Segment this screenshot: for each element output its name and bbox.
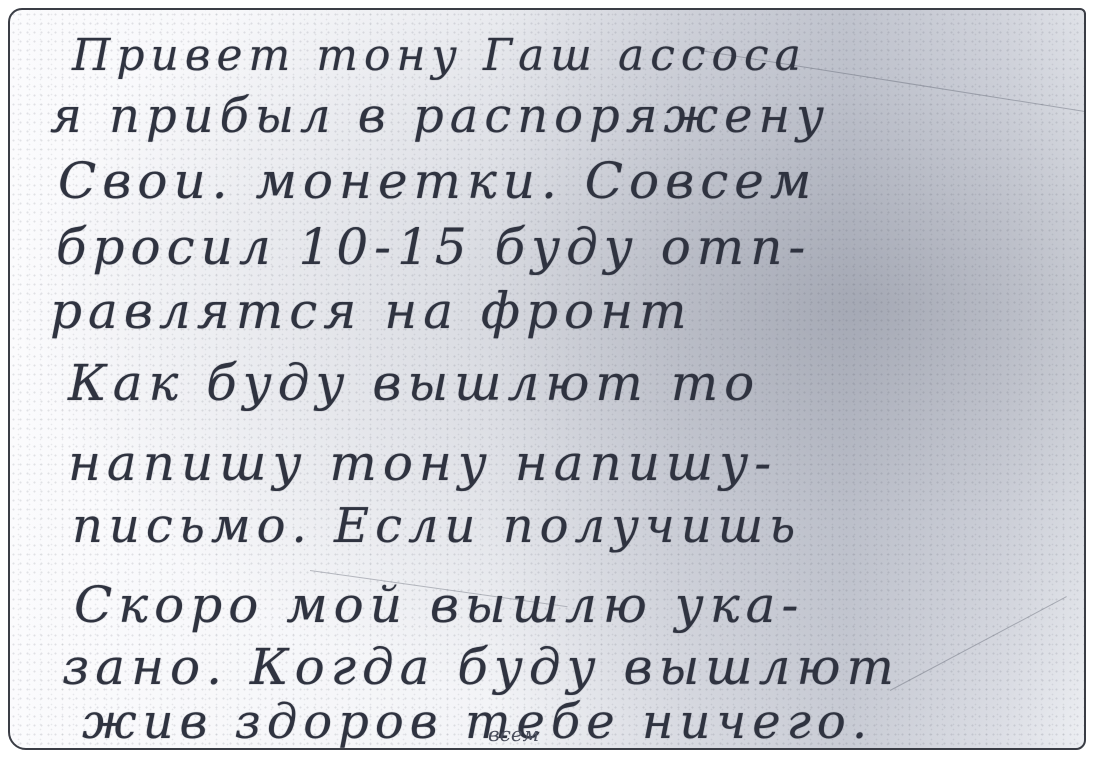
margin-note: всем [488,722,539,746]
letter-line-4: бросил 10-15 буду отп- [56,218,811,276]
letter-line-9: Скоро мой вышлю ука- [74,576,804,634]
letter-line-6: Как буду вышлют то [68,354,760,412]
letter-line-3: Свои. монетки. Совсем [58,152,817,210]
letter-line-11: жив здоров тебе ничего. [82,694,873,750]
letter-line-5: равлятся на фронт [50,282,693,340]
letter-card: Привет тону Гаш ассоса я прибыл в распор… [8,8,1086,750]
letter-line-8: письмо. Если получишь [72,498,801,554]
letter-line-2: я прибыл в распоряжену [50,88,830,144]
letter-line-1: Привет тону Гаш ассоса [72,30,807,81]
letter-line-10: зано. Когда буду вышлют [62,638,900,696]
letter-line-7: напишу тону напишу- [68,434,777,492]
